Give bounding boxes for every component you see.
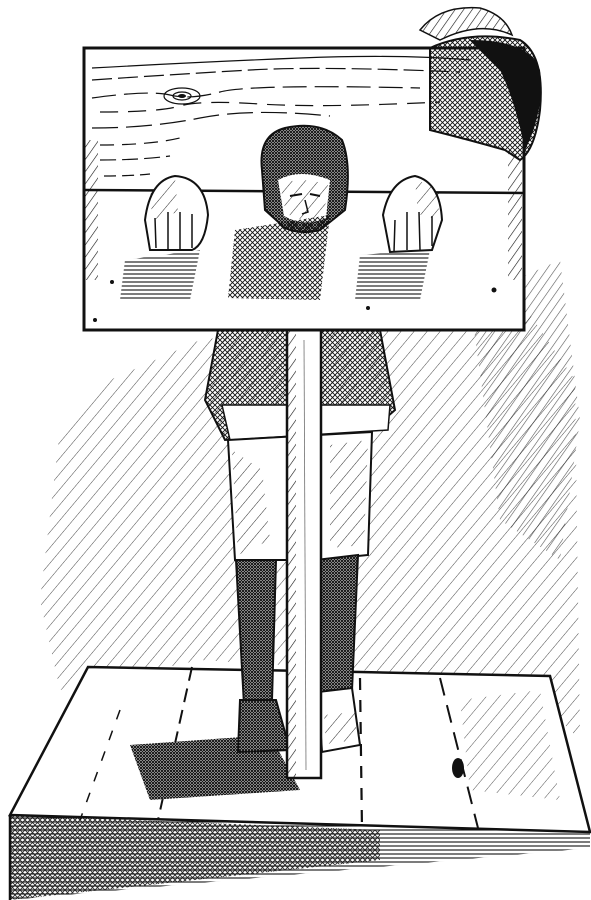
wood-knot [178,94,186,98]
feather-icon [420,8,512,40]
pillory-post [287,330,321,778]
pillory-illustration [0,0,591,900]
